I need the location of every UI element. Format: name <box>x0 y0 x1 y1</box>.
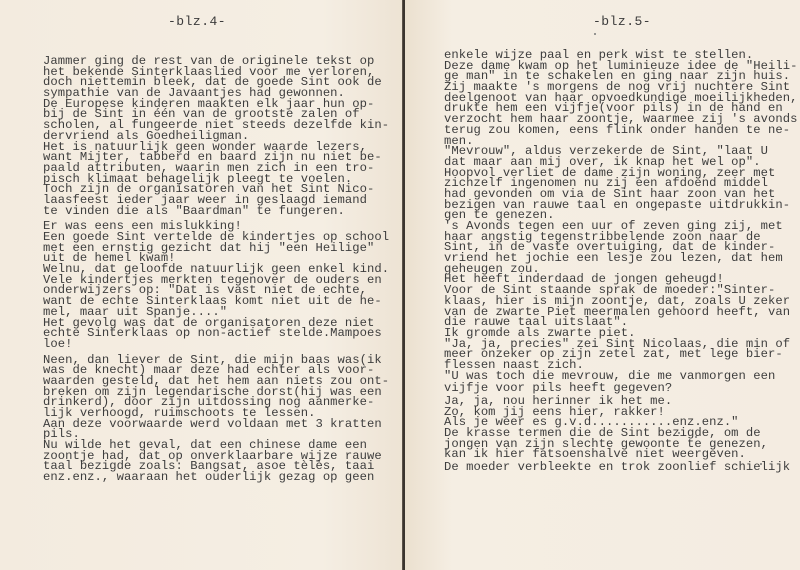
text-line: "U was toch die mevrouw, die me vanmorge… <box>444 371 797 382</box>
right-page: -blz.5- enkele wijze paal en perk wist t… <box>405 0 800 570</box>
text-line: vijfje voor pils heeft gegeven? <box>444 383 797 394</box>
page-number-4: -blz.4- <box>168 14 226 29</box>
text-line: Aan deze voorwaarde werd voldaan met 3 k… <box>43 419 389 430</box>
text-line: te vinden die als "Baardman" te fungeren… <box>43 206 389 217</box>
left-page: -blz.4- Jammer ging de rest van de origi… <box>0 0 403 570</box>
right-page-body: enkele wijze paal en perk wist te stelle… <box>444 50 797 473</box>
text-line: enz.enz., waaraan het ouderlijk gezag op… <box>43 472 389 483</box>
text-line: kan ik hier fatsoenshalve niet weergeven… <box>444 449 797 460</box>
text-line: De moeder verbleekte en trok zoonlief sc… <box>444 462 797 473</box>
text-line: echte Sinterklaas op non-actief stelde.M… <box>43 328 389 339</box>
ink-speck <box>594 33 596 35</box>
left-page-body: Jammer ging de rest van de originele tek… <box>43 56 389 483</box>
text-line: loe! <box>43 339 389 350</box>
page-number-5: -blz.5- <box>593 14 651 29</box>
text-line: terug zou komen, eens flink onder handen… <box>444 125 797 136</box>
